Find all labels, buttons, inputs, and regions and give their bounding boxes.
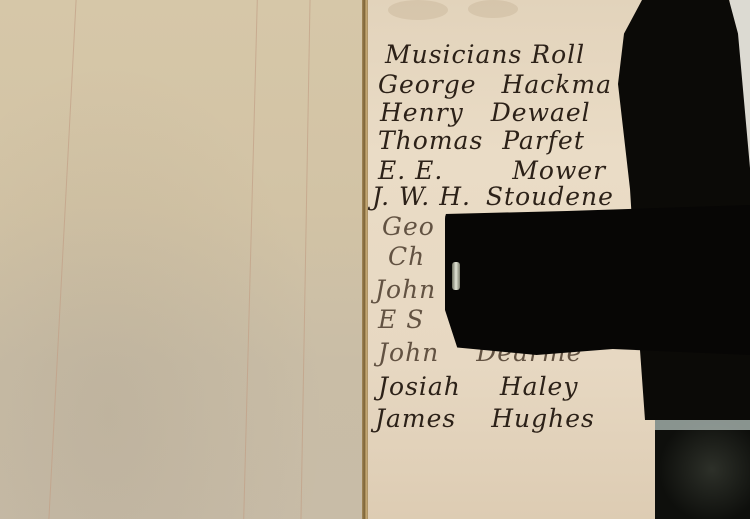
entry-2: Henry Dewael [380,98,591,127]
entry-1: George Hackma [378,70,612,99]
book-cover-corner [655,420,750,519]
last-name: Mower [512,156,606,185]
left-page [0,0,362,519]
first-name: James [375,404,456,433]
last-name: Parfet [502,126,585,155]
first-name: J. W. H. [372,182,471,211]
first-name: Henry [380,98,464,127]
ledger-photo: Musicians Roll George Hackma Henry Dewae… [0,0,750,519]
clasp-pin-icon [452,262,460,290]
page-stain [468,0,518,18]
cover-edge [655,420,750,430]
first-name: George [378,70,477,99]
last-name: Hackma [502,70,612,99]
entry-12: James Hughes [375,404,595,433]
first-name: John [378,338,439,367]
entry-9: E S [378,305,424,334]
last-name: Stoudene [486,182,614,211]
entry-7: Ch [388,242,425,271]
page-stain [388,0,448,20]
entry-11: Josiah Haley [378,372,578,401]
last-name: Haley [500,372,579,401]
entry-8: John [375,275,436,304]
leather-clasp [445,205,750,355]
entry-6: Geo [382,212,435,241]
last-name: Hughes [491,404,595,433]
entry-5: J. W. H. Stoudene [372,182,614,211]
last-name: Dewael [491,98,591,127]
first-name: E. E. [378,156,443,185]
entry-3: Thomas Parfet [378,126,585,155]
first-name: Josiah [378,372,461,401]
first-name: Thomas [378,126,483,155]
roll-heading: Musicians Roll [385,40,585,69]
entry-4: E. E. Mower [378,156,606,185]
